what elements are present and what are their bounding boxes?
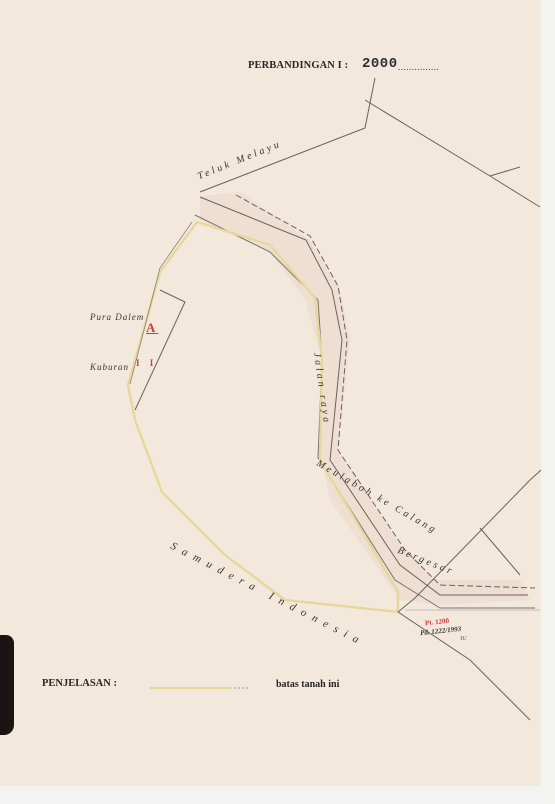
parcel-ref-sub: TU bbox=[460, 637, 466, 642]
scale-value: 2000 bbox=[362, 56, 398, 72]
red-grave-marks: I I bbox=[136, 358, 157, 368]
legend-item-text: batas tanah ini bbox=[276, 679, 339, 690]
annotation-left-upper: Pura Dalem bbox=[90, 312, 144, 322]
ink-stain bbox=[0, 635, 14, 735]
legend-title: PENJELASAN : bbox=[42, 678, 117, 689]
scale-dots: ............... bbox=[398, 62, 439, 72]
annotation-left-lower: Kuburan bbox=[90, 362, 129, 372]
red-temple-symbol: A bbox=[146, 320, 158, 336]
scale-label: PERBANDINGAN I : bbox=[248, 60, 348, 71]
